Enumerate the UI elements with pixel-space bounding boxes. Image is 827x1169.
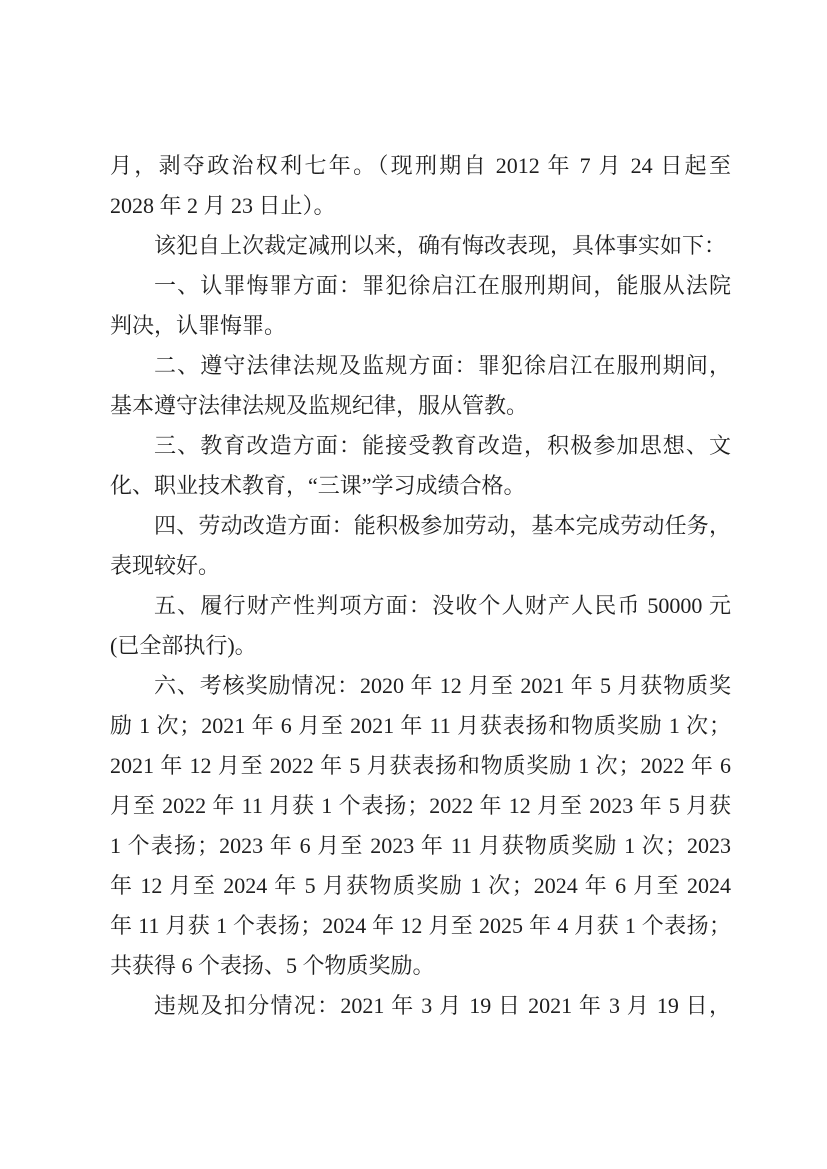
document-line: 三、教育改造方面：能接受教育改造，积极参加思想、文 [110, 426, 731, 466]
document-line: 2028 年 2 月 23 日止）。 [110, 186, 731, 226]
document-line: 判决，认罪悔罪。 [110, 306, 731, 346]
document-line: 年 12 月至 2024 年 5 月获物质奖励 1 次；2024 年 6 月至 … [110, 866, 731, 906]
document-line: 二、遵守法律法规及监规方面：罪犯徐启江在服刑期间， [110, 346, 731, 386]
document-line: 五、履行财产性判项方面：没收个人财产人民币 50000 元 [110, 586, 731, 626]
document-line: 一、认罪悔罪方面：罪犯徐启江在服刑期间，能服从法院 [110, 266, 731, 306]
document-line: 违规及扣分情况：2021 年 3 月 19 日 2021 年 3 月 19 日， [110, 986, 731, 1026]
document-line: 基本遵守法律法规及监规纪律，服从管教。 [110, 386, 731, 426]
document-line: 该犯自上次裁定减刑以来，确有悔改表现，具体事实如下： [110, 226, 731, 266]
document-line: 励 1 次；2021 年 6 月至 2021 年 11 月获表扬和物质奖励 1 … [110, 706, 731, 746]
document-text-block: 月，剥夺政治权利七年。（现刑期自 2012 年 7 月 24 日起至 2028 … [110, 146, 731, 1026]
document-line: 六、考核奖励情况：2020 年 12 月至 2021 年 5 月获物质奖 [110, 666, 731, 706]
document-line: 2021 年 12 月至 2022 年 5 月获表扬和物质奖励 1 次；2022… [110, 746, 731, 786]
document-page: 月，剥夺政治权利七年。（现刑期自 2012 年 7 月 24 日起至 2028 … [0, 0, 827, 1169]
document-line: 四、劳动改造方面：能积极参加劳动，基本完成劳动任务， [110, 506, 731, 546]
document-line: (已全部执行)。 [110, 626, 731, 666]
document-line: 化、职业技术教育，“三课”学习成绩合格。 [110, 466, 731, 506]
document-line: 月至 2022 年 11 月获 1 个表扬；2022 年 12 月至 2023 … [110, 786, 731, 826]
document-line: 共获得 6 个表扬、5 个物质奖励。 [110, 946, 731, 986]
document-line: 年 11 月获 1 个表扬；2024 年 12 月至 2025 年 4 月获 1… [110, 906, 731, 946]
document-line: 1 个表扬；2023 年 6 月至 2023 年 11 月获物质奖励 1 次；2… [110, 826, 731, 866]
document-line: 表现较好。 [110, 546, 731, 586]
document-line: 月，剥夺政治权利七年。（现刑期自 2012 年 7 月 24 日起至 [110, 146, 731, 186]
